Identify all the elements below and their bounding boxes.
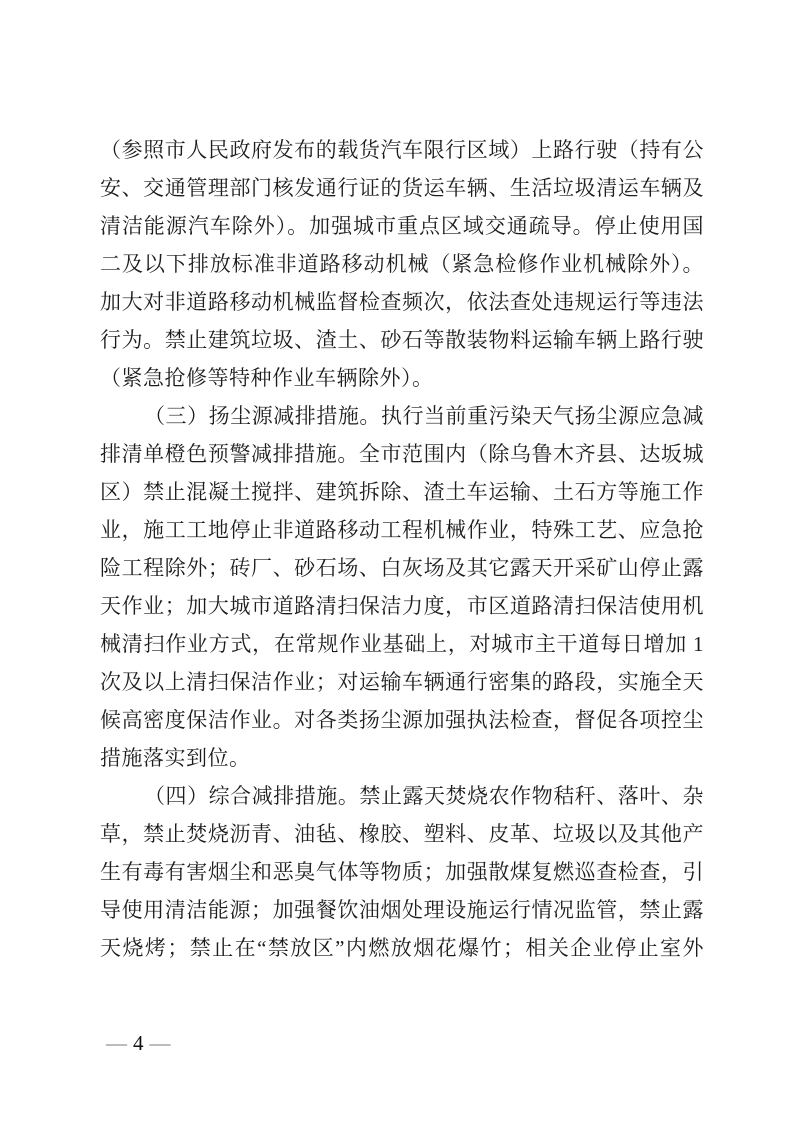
text-line: 排清单橙色预警减排措施。全市范围内（除乌鲁木齐县、达坂城 <box>100 435 704 473</box>
page-number: 4 <box>133 1031 144 1055</box>
text-line: 措施落实到位。 <box>100 739 704 777</box>
text-line: 二及以下排放标准非道路移动机械（紧急检修作业机械除外）。 <box>100 245 704 283</box>
paragraph-traffic-measures: （参照市人民政府发布的载货汽车限行区域）上路行驶（持有公 安、交通管理部门核发通… <box>100 131 704 397</box>
footer-dash-right: — <box>144 1031 177 1055</box>
text-line: 行为。禁止建筑垃圾、渣土、砂石等散装物料运输车辆上路行驶 <box>100 321 704 359</box>
text-line: （三）扬尘源减排措施。执行当前重污染天气扬尘源应急减 <box>100 397 704 435</box>
text-line: 业，施工工地停止非道路移动工程机械作业，特殊工艺、应急抢 <box>100 511 704 549</box>
text-line: （紧急抢修等特种作业车辆除外）。 <box>100 359 704 397</box>
text-line: 草，禁止焚烧沥青、油毡、橡胶、塑料、皮革、垃圾以及其他产 <box>100 815 704 853</box>
text-line: （参照市人民政府发布的载货汽车限行区域）上路行驶（持有公 <box>100 131 704 169</box>
footer-dash-left: — <box>100 1031 133 1055</box>
text-line: 清洁能源汽车除外）。加强城市重点区域交通疏导。停止使用国 <box>100 207 704 245</box>
text-line: 候高密度保洁作业。对各类扬尘源加强执法检查，督促各项控尘 <box>100 701 704 739</box>
text-line: 安、交通管理部门核发通行证的货运车辆、生活垃圾清运车辆及 <box>100 169 704 207</box>
text-line: 生有毒有害烟尘和恶臭气体等物质；加强散煤复燃巡查检查，引 <box>100 853 704 891</box>
text-line: 加大对非道路移动机械监督检查频次，依法查处违规运行等违法 <box>100 283 704 321</box>
paragraph-section-4: （四）综合减排措施。禁止露天焚烧农作物秸秆、落叶、杂 草，禁止焚烧沥青、油毡、橡… <box>100 777 704 967</box>
text-line: 次及以上清扫保洁作业；对运输车辆通行密集的路段，实施全天 <box>100 663 704 701</box>
document-page: （参照市人民政府发布的载货汽车限行区域）上路行驶（持有公 安、交通管理部门核发通… <box>0 0 793 1122</box>
text-line: 导使用清洁能源；加强餐饮油烟处理设施运行情况监管，禁止露 <box>100 891 704 929</box>
text-line: 天烧烤；禁止在“禁放区”内燃放烟花爆竹；相关企业停止室外 <box>100 929 704 967</box>
text-line: 械清扫作业方式，在常规作业基础上，对城市主干道每日增加 1 <box>100 625 704 663</box>
text-line: 险工程除外；砖厂、砂石场、白灰场及其它露天开采矿山停止露 <box>100 549 704 587</box>
text-line: 天作业；加大城市道路清扫保洁力度，市区道路清扫保洁使用机 <box>100 587 704 625</box>
body-text: （参照市人民政府发布的载货汽车限行区域）上路行驶（持有公 安、交通管理部门核发通… <box>100 131 704 967</box>
page-footer: —4— <box>100 1028 177 1058</box>
paragraph-section-3: （三）扬尘源减排措施。执行当前重污染天气扬尘源应急减 排清单橙色预警减排措施。全… <box>100 397 704 777</box>
text-line: 区）禁止混凝土搅拌、建筑拆除、渣土车运输、土石方等施工作 <box>100 473 704 511</box>
text-line: （四）综合减排措施。禁止露天焚烧农作物秸秆、落叶、杂 <box>100 777 704 815</box>
